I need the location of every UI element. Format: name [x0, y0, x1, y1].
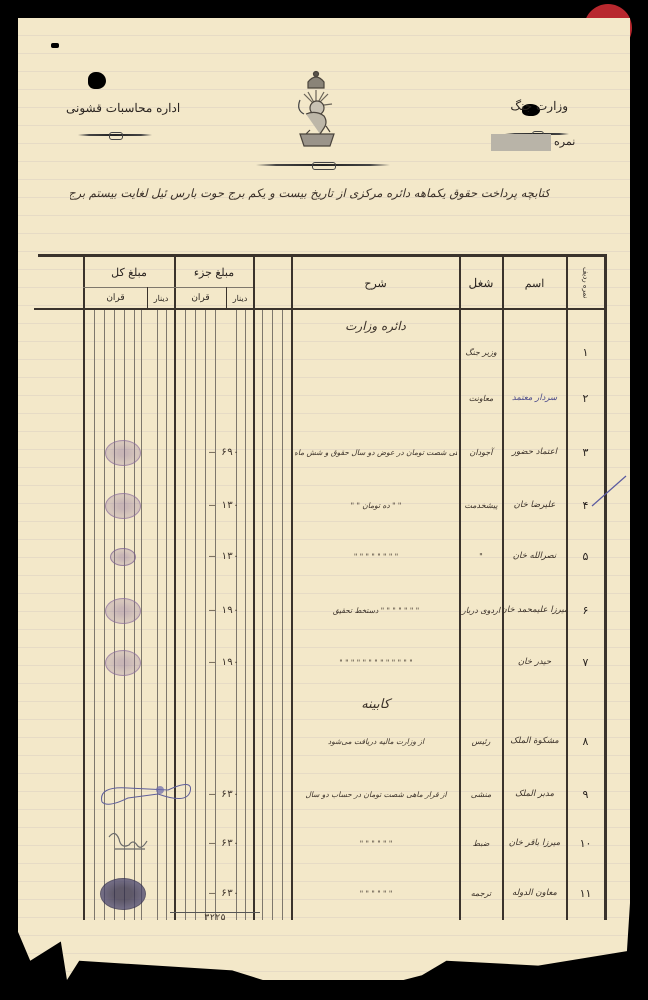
- row-occupation: وزیر جنگ: [460, 343, 502, 361]
- divider-partial-total: [174, 256, 176, 920]
- row-number: ۱: [567, 343, 604, 361]
- grand-total: ۳۲۲۵: [180, 911, 250, 925]
- row-number: ۶: [567, 601, 604, 619]
- row-occupation: ترجمه: [460, 884, 502, 902]
- purple-seal-stamp: [105, 440, 141, 466]
- header-partial-dinar: دینار: [227, 288, 253, 308]
- row-amount: ۶۹۰ —: [196, 444, 252, 460]
- row-amount: ۱۹۰ —: [196, 602, 252, 618]
- divider-total-margin: [83, 256, 85, 920]
- document-title: کتابچه پرداخت حقوق یکماهه دائره مرکزی از…: [70, 186, 550, 200]
- table-top-border: [38, 254, 605, 257]
- row-occupation: پیشخدمت: [460, 496, 502, 514]
- row-amount: ۱۳۰ —: [196, 548, 252, 564]
- row-description: " " " " " " " " " " " " ": [295, 653, 457, 671]
- purple-seal-stamp: [110, 548, 136, 566]
- purple-seal-stamp: [105, 598, 141, 624]
- row-description: از قرار ماهی شصت تومان در عوض دو سال حقو…: [295, 443, 457, 461]
- row-name: اعتماد حضور: [503, 443, 566, 461]
- row-description: از قرار ماهی شصت تومان در حساب دو سال: [295, 785, 457, 803]
- row-name: علیرضا خان: [503, 496, 566, 514]
- ministry-heading: وزارت جنگ: [510, 99, 568, 113]
- row-occupation: رئیس: [460, 732, 502, 750]
- header-total-dinar: دینار: [148, 288, 174, 308]
- row-occupation: ضبط: [460, 834, 502, 852]
- row-number: ۵: [567, 547, 604, 565]
- row-occupation: ": [460, 547, 502, 565]
- row-amount: ۶۳۰ —: [196, 835, 252, 851]
- department-underline-ornament: [78, 134, 152, 136]
- emblem-underline-ornament: [256, 164, 390, 166]
- signature-loop-mark: [98, 774, 198, 814]
- row-name: معاون الدوله: [503, 884, 566, 902]
- handwritten-signature: [105, 827, 155, 861]
- header-partial-amount: مبلغ جزء: [175, 258, 253, 287]
- document-number-label: نمره: [554, 135, 575, 148]
- row-amount: ۶۳۰ —: [196, 786, 252, 802]
- row-name: حیدر خان: [503, 653, 566, 671]
- ledger-rule: [94, 310, 95, 920]
- row-number: ۸: [567, 732, 604, 750]
- margin-pen-stroke: [590, 470, 630, 510]
- ledger-rule: [157, 310, 158, 920]
- row-amount: ۶۳۰ —: [196, 885, 252, 901]
- row-occupation: اردوی دربار: [460, 601, 502, 619]
- ledger-rule: [166, 310, 167, 920]
- dark-ink-seal-stamp: [100, 878, 146, 910]
- row-description: " " ده تومان " ": [295, 496, 457, 514]
- row-amount: ۱۹۰ —: [196, 654, 252, 670]
- row-name: مدبر الملک: [503, 785, 566, 803]
- header-name: اسم: [503, 258, 566, 308]
- divider-blank-partial: [253, 256, 255, 920]
- row-description: " " " " " " " ": [295, 547, 457, 565]
- header-total-amount: مبلغ کل: [84, 258, 174, 287]
- ledger-rule: [185, 310, 186, 920]
- lion-and-sun-emblem: [286, 68, 346, 152]
- table-header-bottom-border: [34, 308, 605, 310]
- row-description: [295, 343, 457, 361]
- header-row-number: نمره ردیف: [567, 258, 604, 308]
- row-name: [503, 343, 566, 361]
- header-total-qiran: قران: [84, 288, 147, 308]
- row-description: [295, 389, 457, 407]
- row-name: مشکوة الملک: [503, 732, 566, 750]
- purple-seal-stamp: [105, 650, 141, 676]
- row-number: ۷: [567, 653, 604, 671]
- table-right-border: [604, 254, 607, 920]
- row-name: نصرالله خان: [503, 547, 566, 565]
- row-occupation: معاونت: [460, 389, 502, 407]
- row-description: " " " " " " " دستخط تحقیق: [295, 601, 457, 619]
- row-description: از وزارت مالیه دریافت می‌شود: [295, 732, 457, 750]
- row-name: میرزا باقر خان: [503, 834, 566, 852]
- row-occupation: منشی: [460, 785, 502, 803]
- row-name: میرزا علیمحمد خان: [503, 601, 566, 619]
- purple-seal-stamp: [105, 493, 141, 519]
- divider-description-blank: [291, 256, 293, 920]
- ledger-rule: [272, 310, 273, 920]
- row-name: سردار معتمد: [503, 389, 566, 407]
- row-number: ۲: [567, 389, 604, 407]
- row-occupation: آجودان: [460, 443, 502, 461]
- row-number: ۹: [567, 785, 604, 803]
- row-number: ۳: [567, 443, 604, 461]
- row-amount: [196, 344, 252, 360]
- row-amount: [196, 390, 252, 406]
- row-description: " " " " " ": [295, 884, 457, 902]
- header-partial-qiran: قران: [175, 288, 226, 308]
- row-amount: ۱۳۰ —: [196, 497, 252, 513]
- paper-hole: [88, 72, 106, 89]
- paper-hole: [51, 43, 59, 48]
- row-occupation: [460, 653, 502, 671]
- section-label-ministry: دائره وزارت: [292, 316, 459, 336]
- row-number: ۱۱: [567, 884, 604, 902]
- ledger-rule: [262, 310, 263, 920]
- row-amount: [196, 733, 252, 749]
- department-heading: اداره محاسبات قشونی: [66, 101, 180, 115]
- row-description: " " " " " ": [295, 834, 457, 852]
- section-label-cabinet: کابینه: [292, 693, 459, 715]
- document-number-field: [491, 134, 551, 151]
- row-number: ۱۰: [567, 834, 604, 852]
- header-description: شرح: [292, 258, 459, 308]
- ledger-rule: [282, 310, 283, 920]
- header-occupation: شغل: [460, 258, 502, 308]
